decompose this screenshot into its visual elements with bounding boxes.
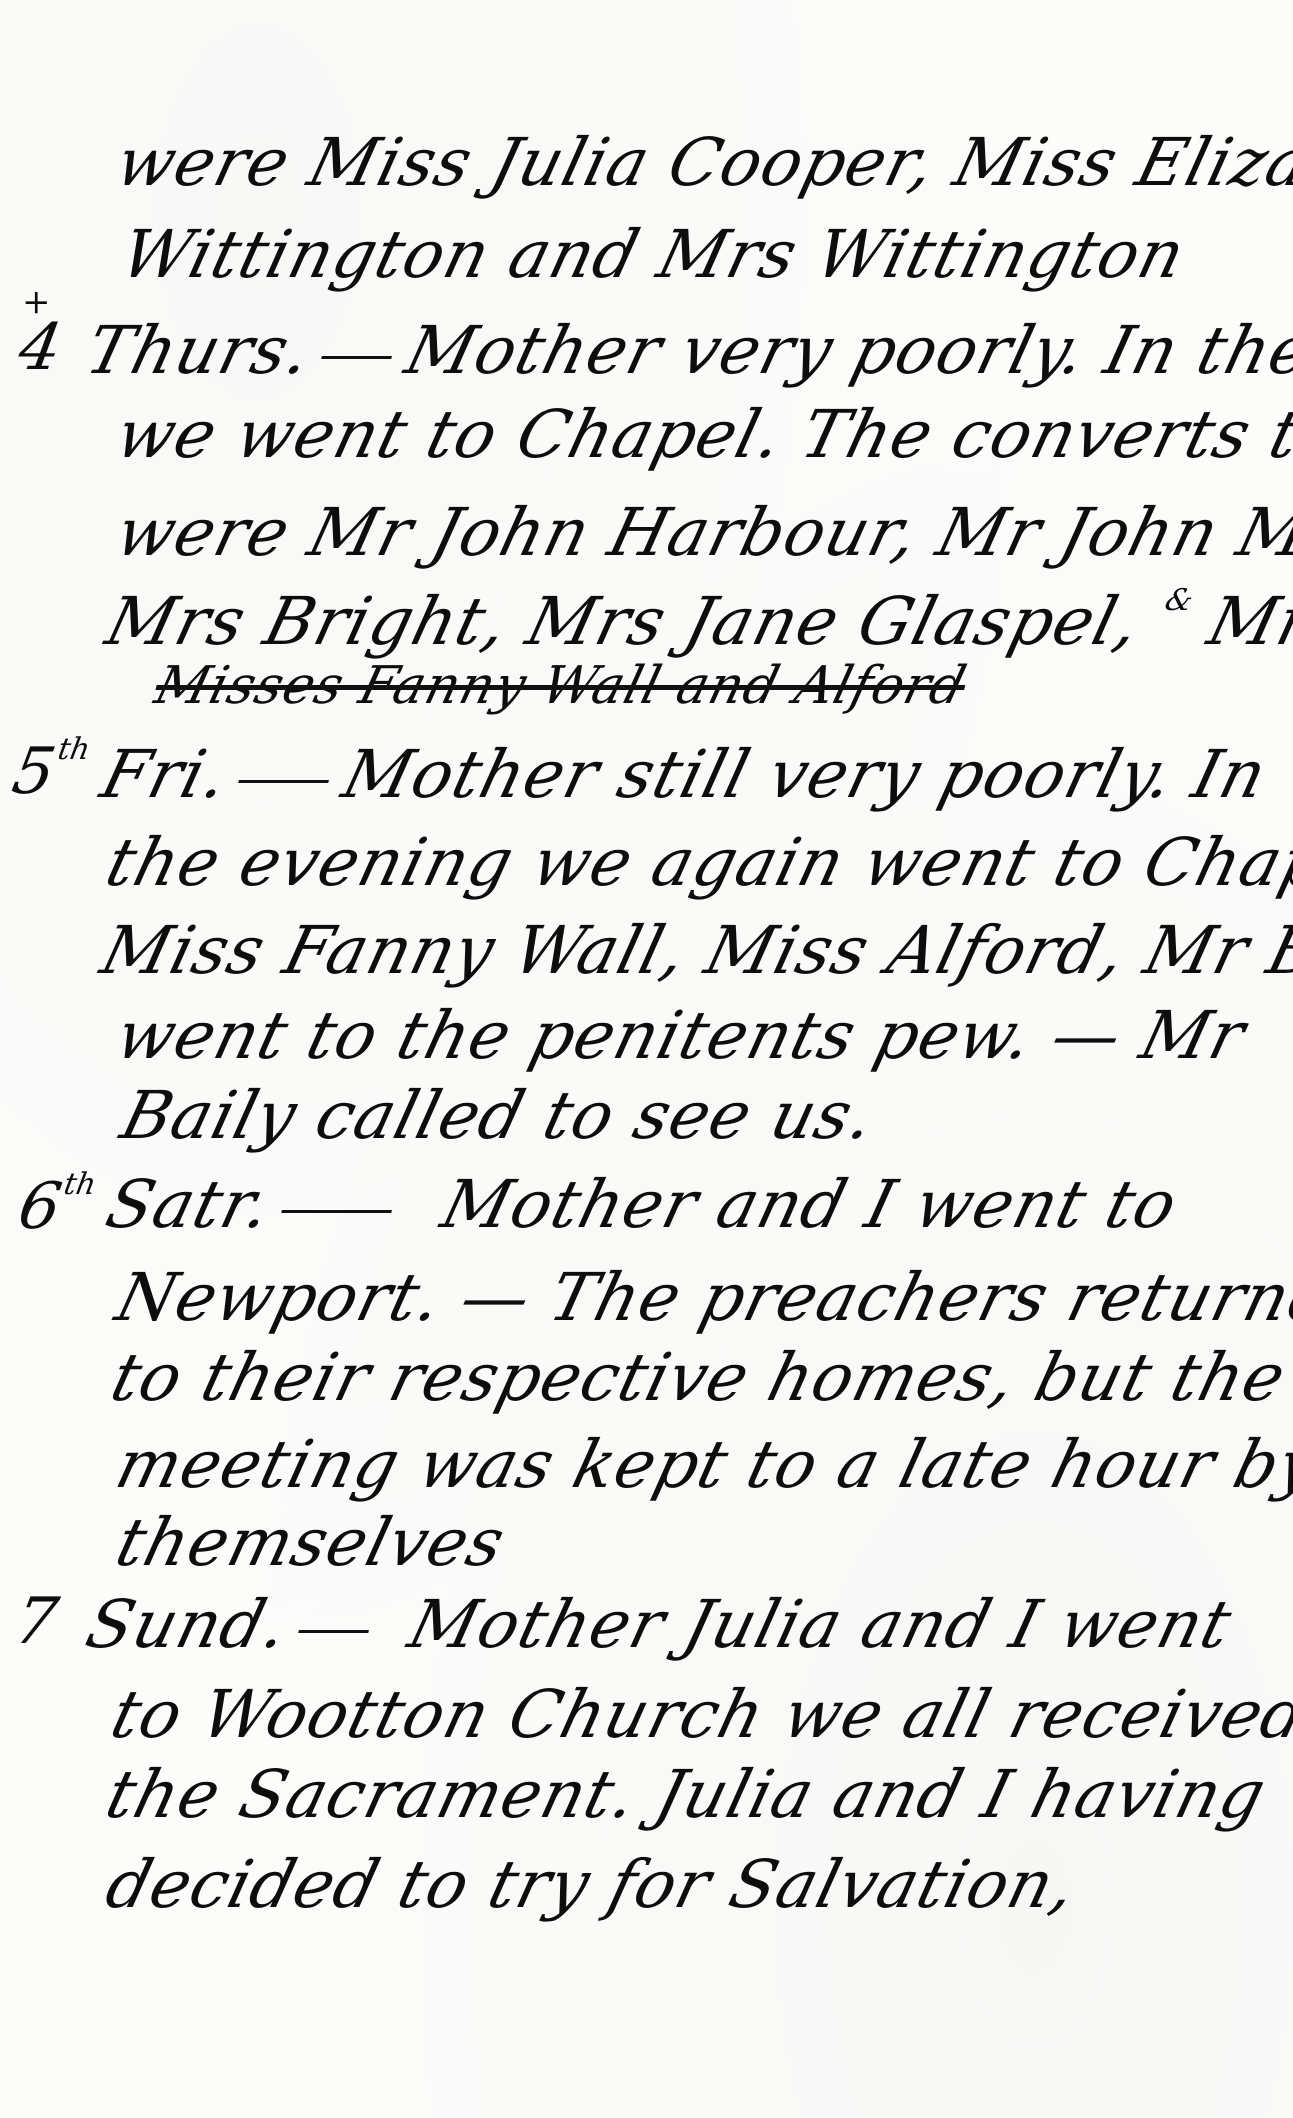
line-text: Mrs Bright, Mrs Jane Glaspel, [99,583,1148,660]
dash-separator [322,356,393,359]
text-line: went to the penitents pew. — Mr [110,1003,1252,1069]
date-suffix: th [61,1167,99,1202]
date-suffix: th [55,732,93,767]
text-line: Fri.Mother still very poorly. In [95,742,1273,808]
line-text: meeting was kept to a late hour by [109,1426,1293,1503]
text-line: Sund.Mother Julia and I went [80,1592,1238,1658]
line-text: went to the penitents pew. — Mr [109,997,1253,1074]
line-text: the Sacrament. Julia and I having [99,1756,1274,1833]
text-line: decided to try for Salvation, [100,1852,1083,1918]
entry-date: 7 [10,1590,62,1654]
line-text: Mother and I went to [434,1166,1185,1243]
date-day: 4 [13,311,67,385]
dash-separator [299,1630,370,1633]
insertion-mark: & [1161,583,1197,618]
struck-through-line: Misses Fanny Wall and Alford [150,660,972,712]
entry-date: 6th [14,1170,98,1239]
text-line: themselves [110,1510,511,1576]
entry-date: 4 [14,316,66,380]
line-text: Miss Fanny Wall, Miss Alford, Mr Blow, [94,912,1293,989]
text-line: Baily called to see us. [115,1083,881,1149]
date-day: 5 [7,735,61,809]
weekday-label: Sund. [79,1586,297,1663]
weekday-label: Fri. [94,736,237,813]
line-text: Mother still very poorly. In [335,736,1274,813]
text-line: meeting was kept to a late hour by [110,1432,1293,1498]
line-text: Baily called to see us. [114,1077,883,1154]
text-line: to their respective homes, but the reviv… [105,1345,1293,1411]
date-day: 7 [9,1585,63,1659]
manuscript-page: were Miss Julia Cooper, Miss Elizabeth W… [0,0,1293,2118]
text-line: Mrs Bright, Mrs Jane Glaspel, & Mrs Wrig… [100,586,1293,655]
line-text: Newport. — The preachers returned [109,1259,1293,1336]
line-text: decided to try for Salvation, [99,1846,1085,1923]
text-line: Thurs.Mother very poorly. In the evening [80,318,1293,384]
dash-separator [282,1210,393,1213]
line-text: Mother Julia and I went [401,1586,1239,1663]
date-day: 6 [13,1170,67,1244]
text-line: the evening we again went to Chapel [100,830,1293,896]
line-text: we went to Chapel. The converts to night [109,396,1293,473]
line-text: were Mr John Harbour, Mr John Miller [109,494,1293,571]
text-line: Newport. — The preachers returned [110,1265,1293,1331]
text-line: Wittington and Mrs Wittington [115,222,1191,288]
line-text: Wittington and Mrs Wittington [114,216,1193,293]
line-text: the evening we again went to Chapel [99,824,1293,901]
text-line: Satr.Mother and I went to [100,1172,1184,1238]
line-text: to their respective homes, but the reviv… [104,1339,1293,1416]
line-text-continued: Mrs Wright [1201,583,1293,660]
text-line: we went to Chapel. The converts to night [110,402,1293,468]
line-text: to Wootton Church we all received [104,1676,1293,1753]
text-line: were Miss Julia Cooper, Miss Elizabeth [110,130,1293,196]
line-text: themselves [109,1504,513,1581]
line-text: Mother very poorly. In the evening [398,312,1293,389]
text-line: the Sacrament. Julia and I having [100,1762,1272,1828]
weekday-label: Satr. [99,1166,280,1243]
weekday-label: Thurs. [79,312,320,389]
text-line: Miss Fanny Wall, Miss Alford, Mr Blow, [95,918,1293,984]
text-line: were Mr John Harbour, Mr John Miller [110,500,1293,566]
dash-separator [239,780,330,783]
entry-date: 5th [8,735,92,804]
line-text: were Miss Julia Cooper, Miss Elizabeth [109,124,1293,201]
line-text: Misses Fanny Wall and Alford [149,656,973,716]
text-line: to Wootton Church we all received [105,1682,1293,1748]
